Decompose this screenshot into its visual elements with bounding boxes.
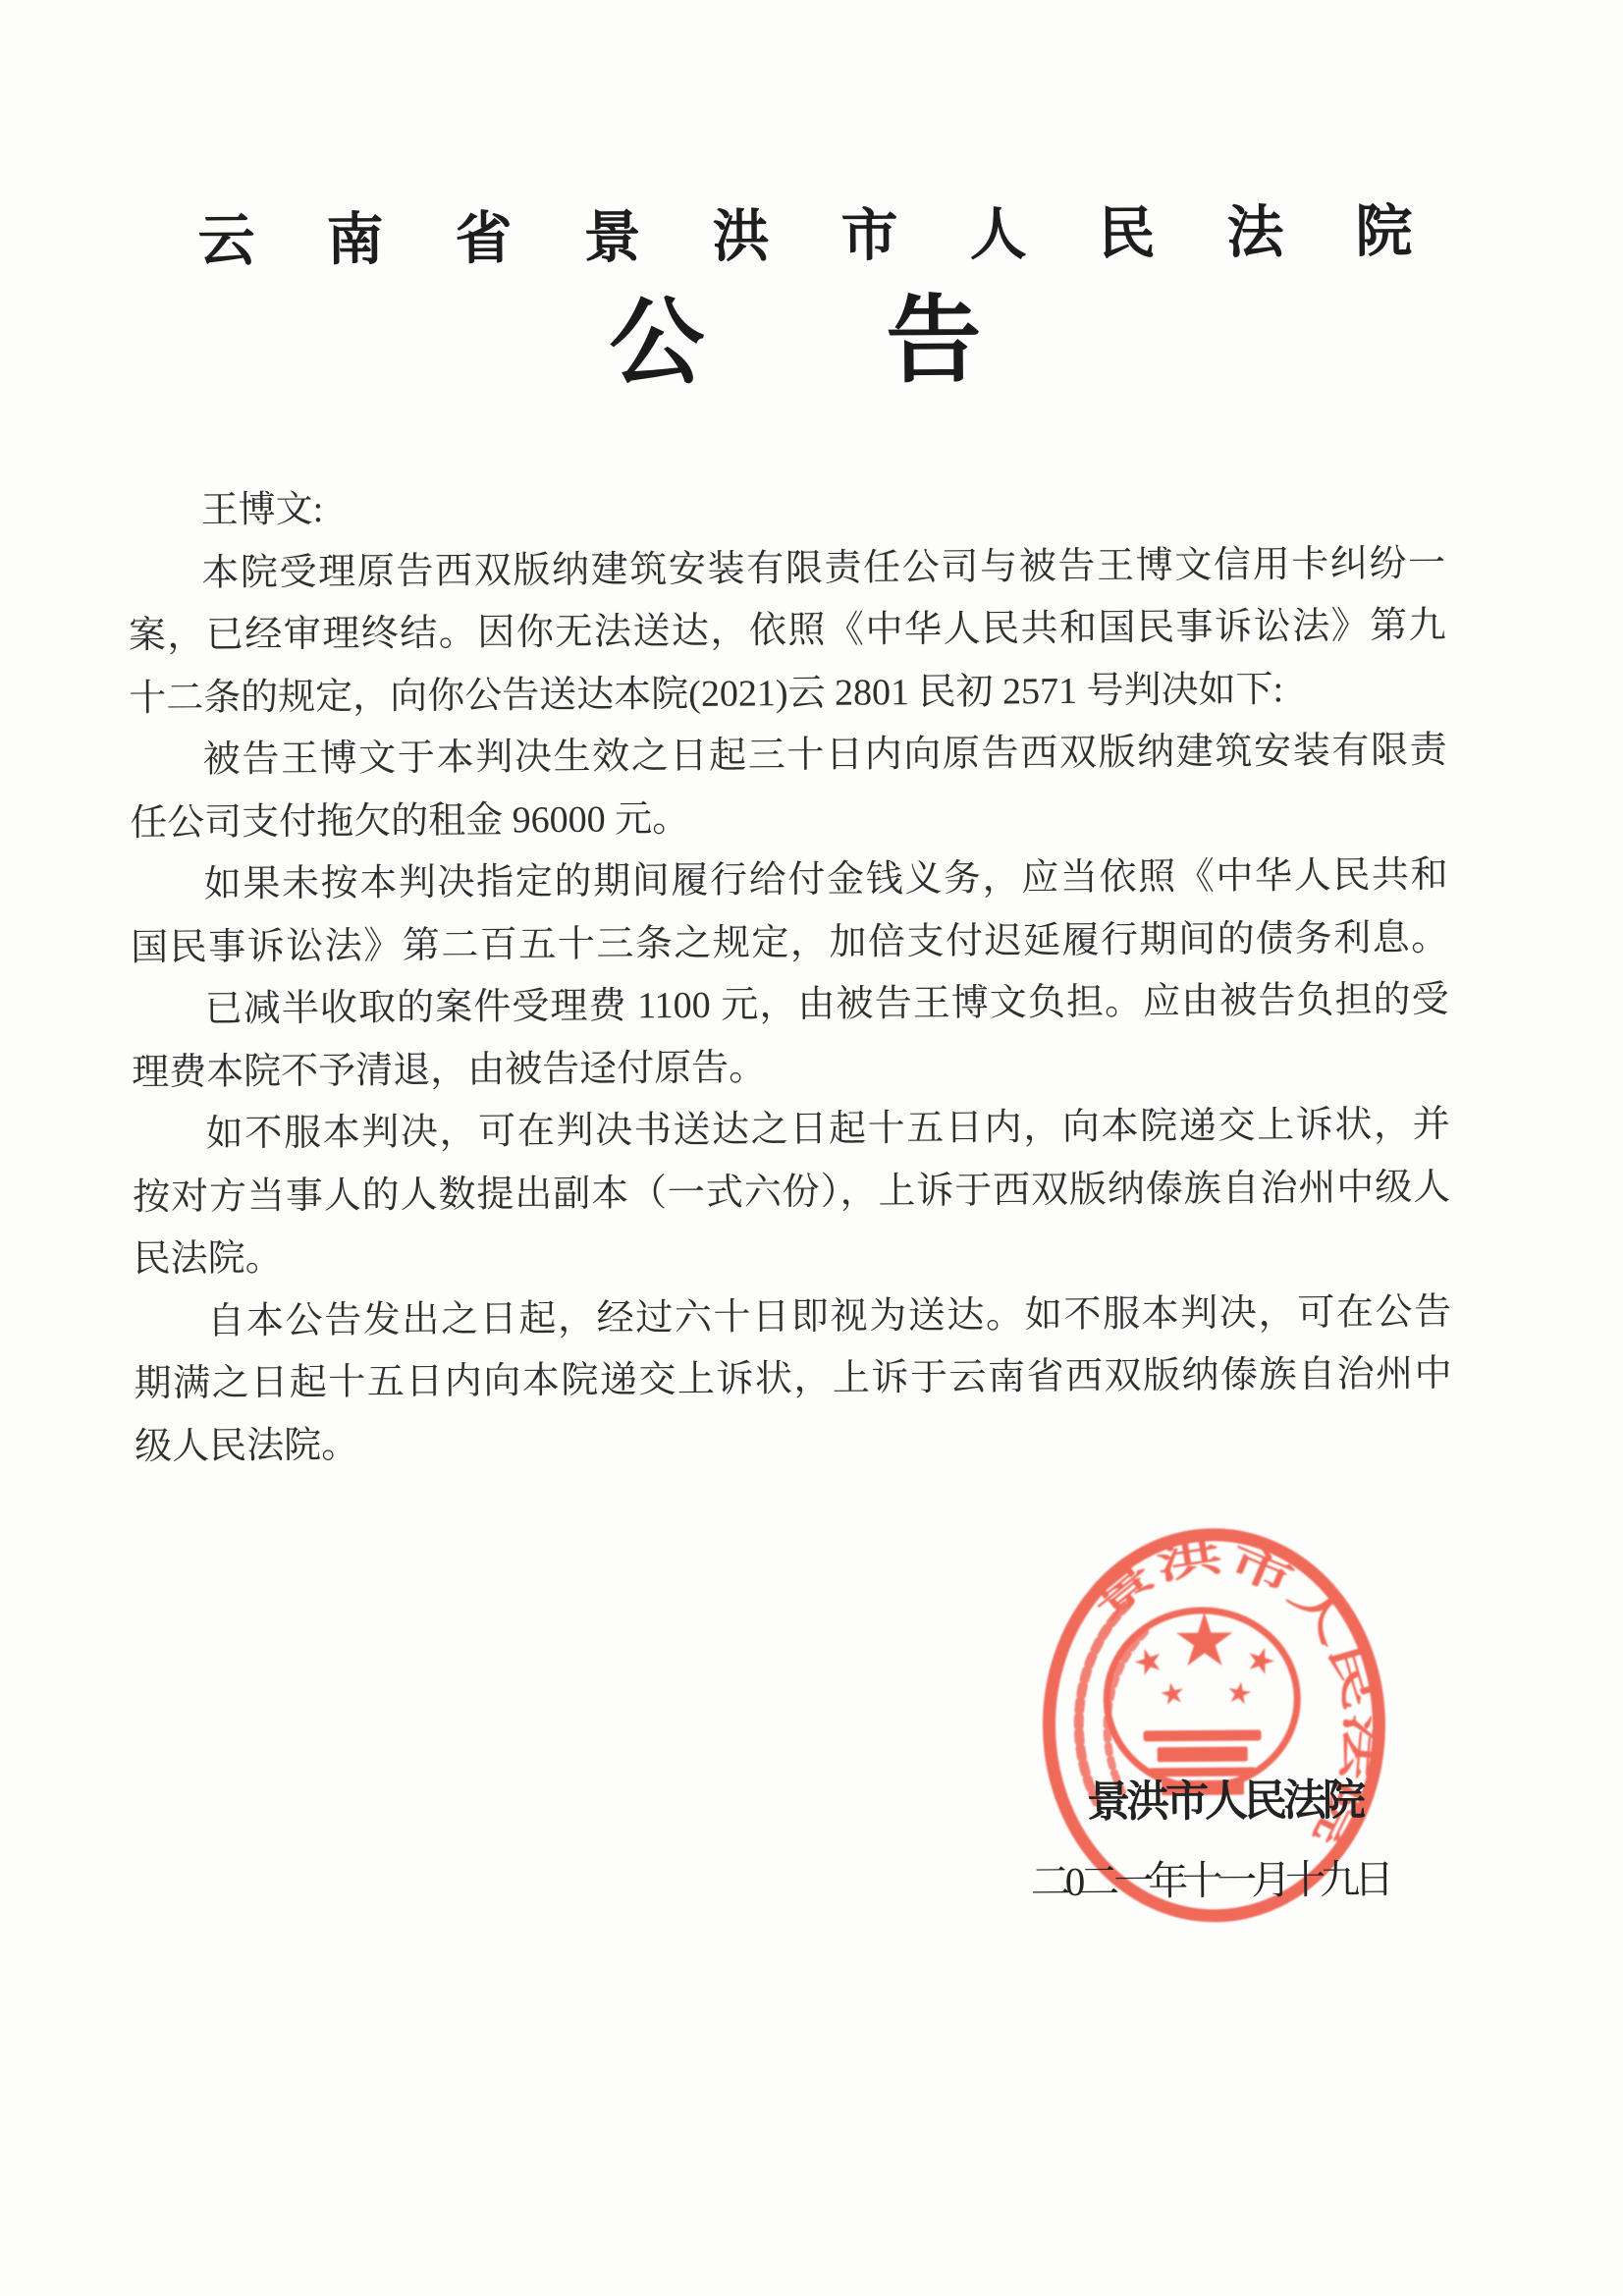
star-icon: [1132, 1645, 1164, 1676]
body-line: 本院受理原告西双版纳建筑安装有限责任公司与被告王博文信用卡纠纷一: [128, 532, 1445, 605]
star-icon: [1245, 1644, 1277, 1675]
scanned-court-announcement: 云南省景洪市人民法院 公告 王博文:本院受理原告西双版纳建筑安装有限责任公司与被…: [0, 0, 1623, 2296]
seal-signer-name: 景洪市人民法院: [1087, 1777, 1362, 1828]
body-line: 任公司支付拖欠的租金 96000 元。: [130, 782, 1447, 854]
seal-date: 二0二一年十一月十九日: [1031, 1857, 1389, 1904]
body-line: 被告王博文于本判决生效之日起三十日内向原告西双版纳建筑安装有限责: [129, 720, 1446, 793]
star-icon: [1176, 1613, 1232, 1667]
seal-dai-script-arc: [1078, 1606, 1128, 1802]
star-icon: [1226, 1680, 1252, 1705]
body-line: 王博文:: [127, 470, 1444, 543]
court-title: 云南省景洪市人民法院: [197, 203, 1484, 270]
body-line: 如果未按本判决指定的期间履行给付金钱义务，应当依照《中华人民共和: [130, 845, 1447, 917]
body-line: 国民事诉讼法》第二百五十三条之规定，加倍支付迟延履行期间的债务利息。: [131, 906, 1448, 979]
body-line: 案，已经审理终结。因你无法送达，依照《中华人民共和国民事诉讼法》第九: [128, 595, 1445, 668]
body-text: 王博文:本院受理原告西双版纳建筑安装有限责任公司与被告王博文信用卡纠纷一案，已经…: [127, 470, 1452, 1479]
body-line: 期满之日起十五日内向本院递交上诉状，上诉于云南省西双版纳傣族自治州中: [134, 1343, 1451, 1416]
body-line: 民法院。: [133, 1219, 1450, 1291]
body-line: 理费本院不予清退，由被告迳付原告。: [132, 1031, 1449, 1104]
body-line: 级人民法院。: [135, 1405, 1452, 1478]
announcement-title: 公告: [609, 292, 1163, 391]
body-line: 自本公告发出之日起，经过六十日即视为送达。如不服本判决，可在公告: [134, 1281, 1451, 1353]
star-icon: [1160, 1680, 1185, 1705]
body-line: 已减半收取的案件受理费 1100 元，由被告王博文负担。应由被告负担的受: [131, 969, 1448, 1042]
scan-content: 云南省景洪市人民法院 公告 王博文:本院受理原告西双版纳建筑安装有限责任公司与被…: [0, 0, 1623, 2296]
body-line: 如不服本判决，可在判决书送达之日起十五日内，向本院递交上诉状，并: [132, 1094, 1449, 1167]
body-line: 按对方当事人的人数提出副本（一式六份），上诉于西双版纳傣族自治州中级人: [133, 1156, 1450, 1229]
national-emblem: [1107, 1610, 1298, 1796]
body-line: 十二条的规定，向你公告送达本院(2021)云 2801 民初 2571 号判决如…: [129, 657, 1446, 730]
